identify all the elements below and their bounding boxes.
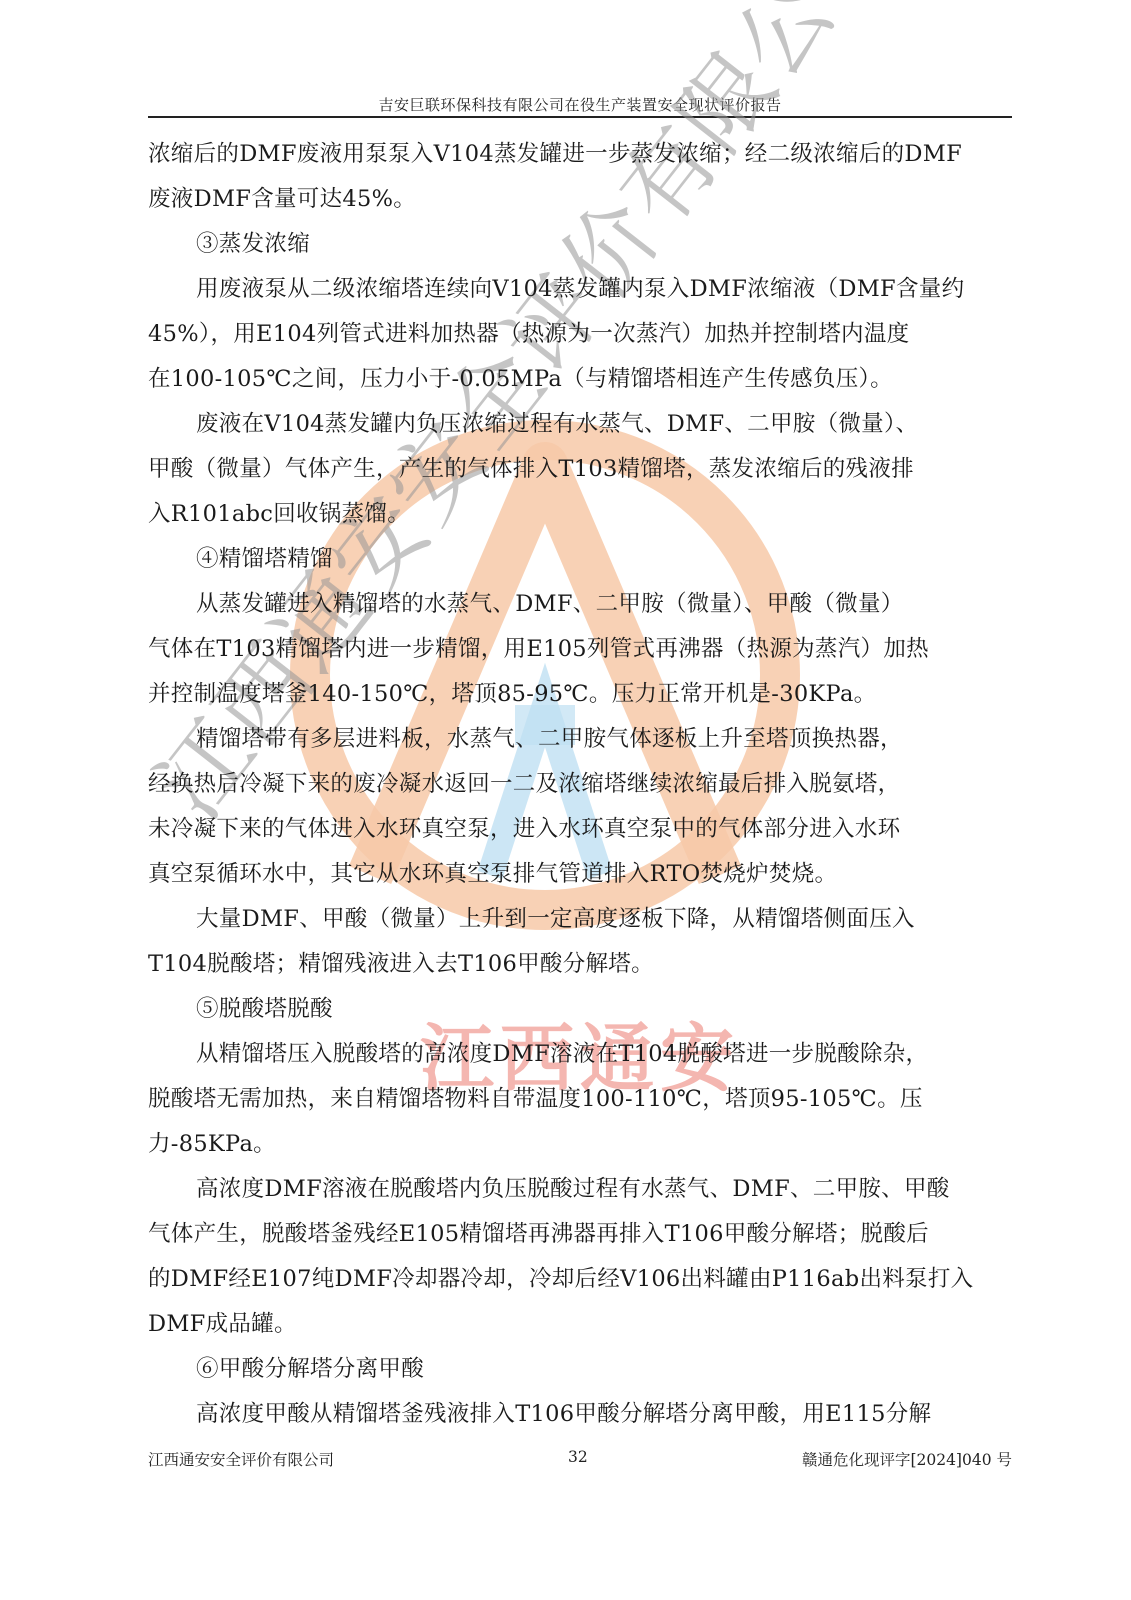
text-line: T104脱酸塔；精馏残液进入去T106甲酸分解塔。 <box>148 942 1012 987</box>
text-line: 从精馏塔压入脱酸塔的高浓度DMF溶液在T104脱酸塔进一步脱酸除杂， <box>148 1032 1012 1077</box>
text-line: 从蒸发罐进入精馏塔的水蒸气、DMF、二甲胺（微量）、甲酸（微量） <box>148 582 1012 627</box>
text-line: 浓缩后的DMF废液用泵泵入V104蒸发罐进一步蒸发浓缩；经二级浓缩后的DMF <box>148 132 1012 177</box>
text-line: 气体产生，脱酸塔釜残经E105精馏塔再沸器再排入T106甲酸分解塔；脱酸后 <box>148 1212 1012 1257</box>
footer-doc-number: 赣通危化现评字[2024]040 号 <box>802 1448 1012 1470</box>
text-line: 的DMF经E107纯DMF冷却器冷却，冷却后经V106出料罐由P116ab出料泵… <box>148 1257 1012 1302</box>
header-rule <box>148 116 1012 118</box>
text-line: 气体在T103精馏塔内进一步精馏，用E105列管式再沸器（热源为蒸汽）加热 <box>148 627 1012 672</box>
text-line: 45%），用E104列管式进料加热器（热源为一次蒸汽）加热并控制塔内温度 <box>148 312 1012 357</box>
text-line: ⑤脱酸塔脱酸 <box>148 987 1012 1032</box>
text-line: 用废液泵从二级浓缩塔连续向V104蒸发罐内泵入DMF浓缩液（DMF含量约 <box>148 267 1012 312</box>
document-page: 吉安巨联环保科技有限公司在役生产装置安全现状评价报告 江西通安 江西通安安全评价… <box>0 0 1131 1600</box>
text-line: 入R101abc回收锅蒸馏。 <box>148 492 1012 537</box>
text-line: 高浓度DMF溶液在脱酸塔内负压脱酸过程有水蒸气、DMF、二甲胺、甲酸 <box>148 1167 1012 1212</box>
footer-company: 江西通安安全评价有限公司 <box>148 1448 334 1470</box>
text-line: DMF成品罐。 <box>148 1302 1012 1347</box>
text-line: 真空泵循环水中，其它从水环真空泵排气管道排入RTO焚烧炉焚烧。 <box>148 852 1012 897</box>
text-line: ③蒸发浓缩 <box>148 222 1012 267</box>
text-line: 在100-105℃之间，压力小于-0.05MPa（与精馏塔相连产生传感负压）。 <box>148 357 1012 402</box>
text-line: 废液DMF含量可达45%。 <box>148 177 1012 222</box>
page-number: 32 <box>568 1448 588 1466</box>
text-line: 未冷凝下来的气体进入水环真空泵，进入水环真空泵中的气体部分进入水环 <box>148 807 1012 852</box>
text-line: 经换热后冷凝下来的废冷凝水返回一二及浓缩塔继续浓缩最后排入脱氨塔， <box>148 762 1012 807</box>
body-text: 浓缩后的DMF废液用泵泵入V104蒸发罐进一步蒸发浓缩；经二级浓缩后的DMF废液… <box>148 132 1012 1437</box>
text-line: ⑥甲酸分解塔分离甲酸 <box>148 1347 1012 1392</box>
running-header: 吉安巨联环保科技有限公司在役生产装置安全现状评价报告 <box>148 94 1012 115</box>
text-line: 力-85KPa。 <box>148 1122 1012 1167</box>
text-line: 大量DMF、甲酸（微量）上升到一定高度逐板下降，从精馏塔侧面压入 <box>148 897 1012 942</box>
text-line: 甲酸（微量）气体产生，产生的气体排入T103精馏塔，蒸发浓缩后的残液排 <box>148 447 1012 492</box>
text-line: 并控制温度塔釜140-150℃，塔顶85-95℃。压力正常开机是-30KPa。 <box>148 672 1012 717</box>
page-footer: 江西通安安全评价有限公司 32 赣通危化现评字[2024]040 号 <box>148 1448 1012 1472</box>
text-line: 废液在V104蒸发罐内负压浓缩过程有水蒸气、DMF、二甲胺（微量）、 <box>148 402 1012 447</box>
text-line: 精馏塔带有多层进料板，水蒸气、二甲胺气体逐板上升至塔顶换热器， <box>148 717 1012 762</box>
text-line: 高浓度甲酸从精馏塔釜残液排入T106甲酸分解塔分离甲酸，用E115分解 <box>148 1392 1012 1437</box>
text-line: 脱酸塔无需加热，来自精馏塔物料自带温度100-110℃，塔顶95-105℃。压 <box>148 1077 1012 1122</box>
text-line: ④精馏塔精馏 <box>148 537 1012 582</box>
